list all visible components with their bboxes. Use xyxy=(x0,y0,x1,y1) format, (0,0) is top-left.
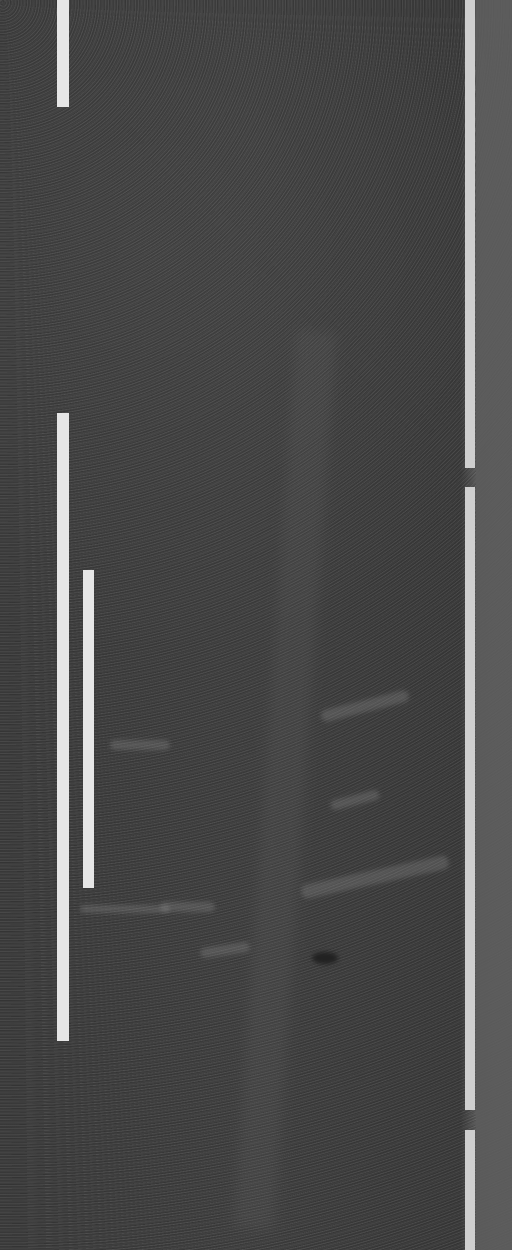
inner-short-line xyxy=(83,570,94,888)
right-edge-line-segment-1 xyxy=(465,0,475,468)
tire-wear-mark xyxy=(80,905,170,913)
tire-wear-mark xyxy=(110,740,170,750)
left-dashed-line-segment-1 xyxy=(57,0,69,107)
right-edge-line-segment-3 xyxy=(465,1130,475,1250)
road-aerial-image xyxy=(0,0,512,1250)
right-edge-line-segment-2 xyxy=(465,487,475,1110)
oil-stain xyxy=(312,952,338,964)
road-shoulder xyxy=(476,0,512,1250)
left-dashed-line-segment-2 xyxy=(57,413,69,1041)
